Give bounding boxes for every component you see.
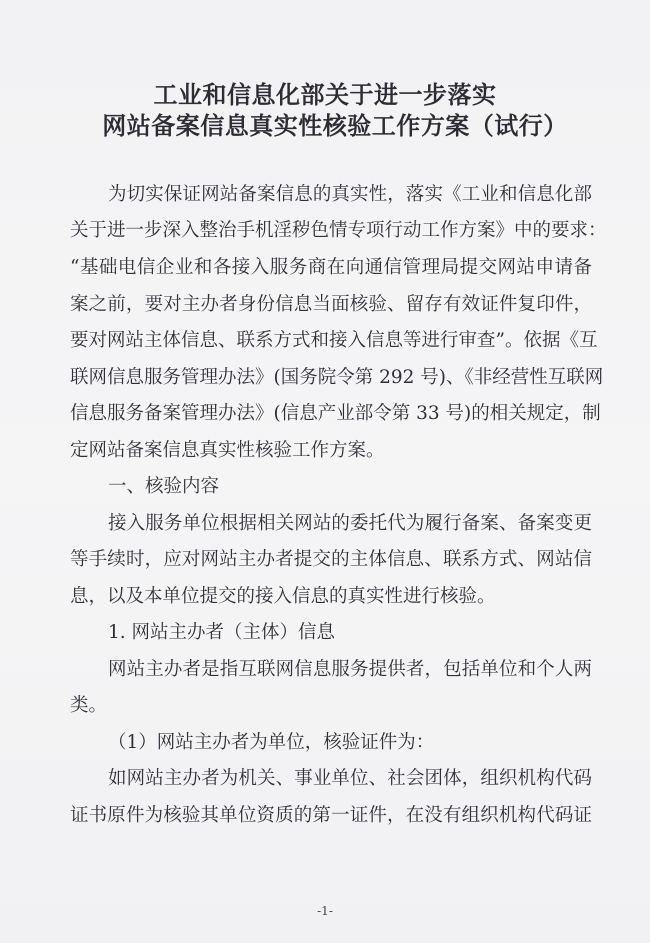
paragraph-line: 等手续时，应对网站主办者提交的主体信息、联系方式、网站信 bbox=[70, 548, 592, 572]
subsection-item: （1）网站主办者为单位，核验证件为： bbox=[70, 731, 592, 755]
paragraph-line: 息，以及本单位提交的接入信息的真实性进行核验。 bbox=[70, 585, 592, 609]
paragraph-line: 类。 bbox=[70, 694, 592, 718]
paragraph-line: 联网信息服务管理办法》(国务院令第 292 号)、《非经营性互联网 bbox=[70, 366, 592, 390]
page-number: -1- bbox=[0, 904, 650, 918]
paragraph-line: 要对网站主体信息、联系方式和接入信息等进行审查”。依据《互 bbox=[70, 329, 592, 353]
paragraph-line: 为切实保证网站备案信息的真实性，落实《工业和信息化部 bbox=[70, 183, 592, 207]
paragraph-line: 如网站主办者为机关、事业单位、社会团体，组织机构代码 bbox=[70, 767, 592, 791]
document-title-line2: 网站备案信息真实性核验工作方案（试行） bbox=[10, 106, 650, 141]
paragraph-line: 证书原件为核验其单位资质的第一证件，在没有组织机构代码证 bbox=[70, 804, 592, 828]
paragraph-line: 信息服务备案管理办法》(信息产业部令第 33 号)的相关规定，制 bbox=[70, 402, 592, 426]
paragraph-line: 关于进一步深入整治手机淫秽色情专项行动工作方案》中的要求： bbox=[70, 219, 592, 243]
subsection-heading: 1. 网站主办者（主体）信息 bbox=[70, 621, 592, 645]
paragraph-line: 接入服务单位根据相关网站的委托代为履行备案、备案变更 bbox=[70, 512, 592, 536]
paragraph-line: 定网站备案信息真实性核验工作方案。 bbox=[70, 439, 592, 463]
paragraph-line: 网站主办者是指互联网信息服务提供者，包括单位和个人两 bbox=[70, 658, 592, 682]
section-heading: 一、核验内容 bbox=[70, 475, 592, 499]
document-page: 工业和信息化部关于进一步落实 网站备案信息真实性核验工作方案（试行） 为切实保证… bbox=[0, 0, 650, 943]
paragraph-line: 案之前，要对主办者身份信息当面核验、留存有效证件复印件， bbox=[70, 293, 592, 317]
paragraph-line: “基础电信企业和各接入服务商在向通信管理局提交网站申请备 bbox=[70, 256, 592, 280]
document-title-line1: 工业和信息化部关于进一步落实 bbox=[0, 75, 650, 110]
